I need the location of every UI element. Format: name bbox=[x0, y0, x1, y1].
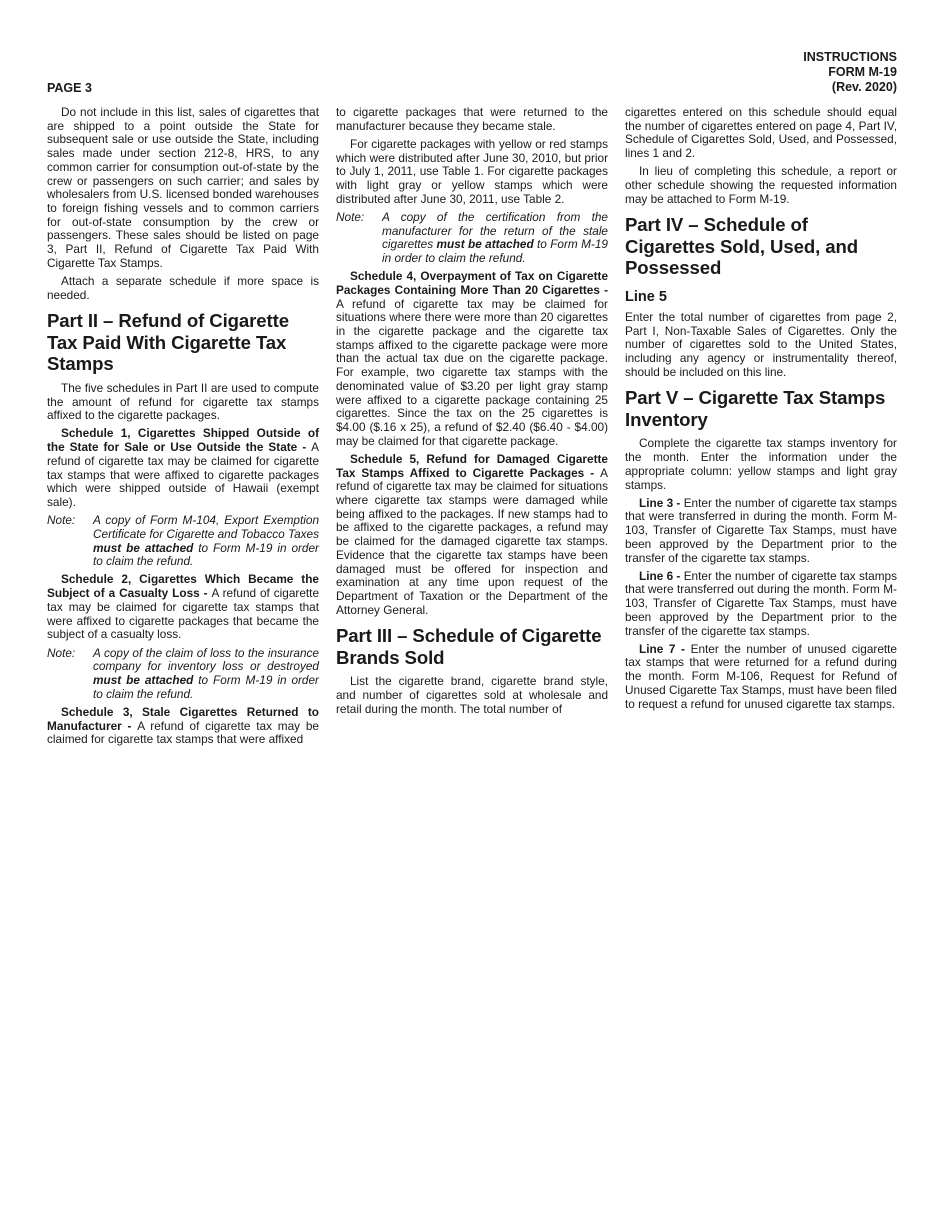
note-text: A copy of the claim of loss to the insur… bbox=[93, 646, 319, 701]
note-text: A copy of the certification from the man… bbox=[382, 210, 608, 265]
document-page: PAGE 3 INSTRUCTIONS FORM M-19 (Rev. 2020… bbox=[0, 0, 950, 1230]
paragraph: The five schedules in Part II are used t… bbox=[47, 382, 319, 423]
line-3-paragraph: Line 3 - Enter the number of cigarette t… bbox=[625, 497, 897, 566]
schedule-4-paragraph: Schedule 4, Overpayment of Tax on Cigare… bbox=[336, 270, 608, 448]
paragraph-continuation: to cigarette packages that were returned… bbox=[336, 106, 608, 133]
paragraph-continuation: cigarettes entered on this schedule shou… bbox=[625, 106, 897, 161]
part-ii-heading: Part II – Refund of Cigarette Tax Paid W… bbox=[47, 310, 319, 375]
paragraph: For cigarette packages with yellow or re… bbox=[336, 138, 608, 207]
part-v-heading: Part V – Cigarette Tax Stamps Inventory bbox=[625, 387, 897, 430]
revision-label: (Rev. 2020) bbox=[803, 80, 897, 95]
note-block: Note: A copy of the certification from t… bbox=[336, 211, 608, 266]
note-block: Note: A copy of Form M-104, Export Exemp… bbox=[47, 514, 319, 569]
paragraph: Complete the cigarette tax stamps invent… bbox=[625, 437, 897, 492]
paragraph: Do not include in this list, sales of ci… bbox=[47, 106, 319, 270]
schedule-5-paragraph: Schedule 5, Refund for Damaged Cigarette… bbox=[336, 453, 608, 617]
note-text: A copy of Form M-104, Export Exemption C… bbox=[93, 513, 319, 568]
line-7-paragraph: Line 7 - Enter the number of unused ciga… bbox=[625, 643, 897, 712]
line-5-heading: Line 5 bbox=[625, 289, 897, 305]
column-1: Do not include in this list, sales of ci… bbox=[47, 106, 319, 751]
note-label: Note: bbox=[47, 647, 75, 661]
note-label: Note: bbox=[336, 211, 364, 225]
part-iv-heading: Part IV – Schedule of Cigarettes Sold, U… bbox=[625, 214, 897, 279]
note-label: Note: bbox=[47, 514, 75, 528]
page-header: PAGE 3 INSTRUCTIONS FORM M-19 (Rev. 2020… bbox=[47, 50, 897, 95]
column-3: cigarettes entered on this schedule shou… bbox=[625, 106, 897, 751]
line-6-paragraph: Line 6 - Enter the number of cigarette t… bbox=[625, 570, 897, 639]
note-block: Note: A copy of the claim of loss to the… bbox=[47, 647, 319, 702]
paragraph: Enter the total number of cigarettes fro… bbox=[625, 311, 897, 380]
paragraph: List the cigarette brand, cigarette bran… bbox=[336, 675, 608, 716]
text-columns: Do not include in this list, sales of ci… bbox=[47, 106, 897, 751]
form-identification: INSTRUCTIONS FORM M-19 (Rev. 2020) bbox=[803, 50, 897, 95]
page-number-label: PAGE 3 bbox=[47, 81, 92, 95]
paragraph: Attach a separate schedule if more space… bbox=[47, 275, 319, 302]
schedule-3-paragraph: Schedule 3, Stale Cigarettes Returned to… bbox=[47, 706, 319, 747]
schedule-1-paragraph: Schedule 1, Cigarettes Shipped Outside o… bbox=[47, 427, 319, 509]
form-number-label: FORM M-19 bbox=[803, 65, 897, 80]
part-iii-heading: Part III – Schedule of Cigarette Brands … bbox=[336, 625, 608, 668]
column-2: to cigarette packages that were returned… bbox=[336, 106, 608, 751]
instructions-label: INSTRUCTIONS bbox=[803, 50, 897, 65]
paragraph: In lieu of completing this schedule, a r… bbox=[625, 165, 897, 206]
schedule-2-paragraph: Schedule 2, Cigarettes Which Became the … bbox=[47, 573, 319, 642]
